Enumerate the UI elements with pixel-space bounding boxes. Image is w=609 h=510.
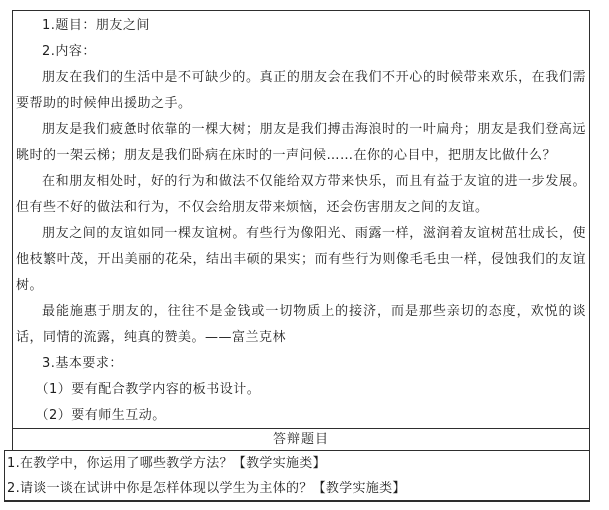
defense-questions-cell: 1.在教学中，你运用了哪些教学方法？【教学实施类】 2.请谈一谈在试讲中你是怎样… — [4, 450, 590, 502]
question-title-line: 1.题目：朋友之间 — [16, 13, 586, 39]
content-section-label: 2.内容： — [16, 39, 586, 65]
defense-questions-header: 答辩题目 — [12, 428, 590, 451]
defense-question-1: 1.在教学中，你运用了哪些教学方法？【教学实施类】 — [7, 451, 587, 476]
question-card: 1.题目：朋友之间 2.内容： 朋友在我们的生活中是不可缺少的。真正的朋友会在我… — [12, 10, 590, 429]
requirement-item-1: （1）要有配合教学内容的板书设计。 — [16, 377, 586, 403]
exam-question-sheet: 1.题目：朋友之间 2.内容： 朋友在我们的生活中是不可缺少的。真正的朋友会在我… — [0, 0, 609, 510]
requirement-item-2: （2）要有师生互动。 — [16, 403, 586, 429]
content-paragraph-3: 在和朋友相处时，好的行为和做法不仅能给双方带来快乐，而且有益于友谊的进一步发展。… — [16, 169, 586, 221]
requirements-section-label: 3.基本要求： — [16, 351, 586, 377]
content-paragraph-4: 朋友之间的友谊如同一棵友谊树。有些行为像阳光、雨露一样，滋润着友谊树茁壮成长，使… — [16, 221, 586, 299]
defense-question-2: 2.请谈一谈在试讲中你是怎样体现以学生为主体的？【教学实施类】 — [7, 476, 587, 501]
content-paragraph-1: 朋友在我们的生活中是不可缺少的。真正的朋友会在我们不开心的时候带来欢乐，在我们需… — [16, 65, 586, 117]
content-paragraph-5: 最能施惠于朋友的，往往不是金钱或一切物质上的接济，而是那些亲切的态度，欢悦的谈话… — [16, 299, 586, 351]
content-paragraph-2: 朋友是我们疲惫时依靠的一棵大树；朋友是我们搏击海浪时的一叶扁舟；朋友是我们登高远… — [16, 117, 586, 169]
